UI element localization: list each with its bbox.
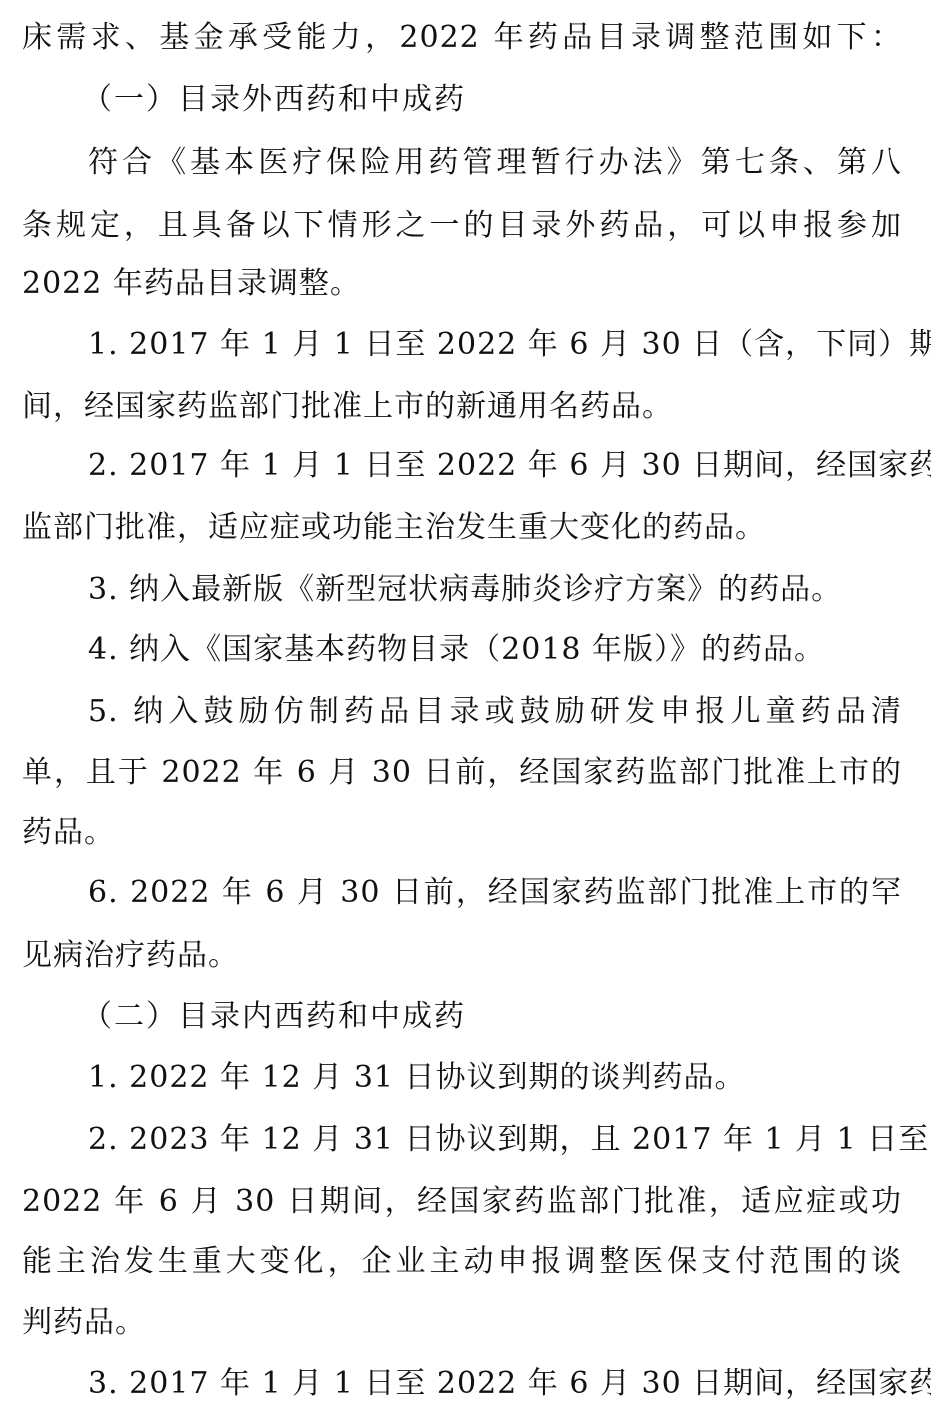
list-item-b2-cont2: 能主治发生重大变化，企业主动申报调整医保支付范围的谈	[22, 1242, 902, 1282]
list-item-a2: 2. 2017 年 1 月 1 日至 2022 年 6 月 30 日期间，经国家…	[88, 446, 902, 486]
list-item-a5-cont: 单，且于 2022 年 6 月 30 日前，经国家药监部门批准上市的	[22, 753, 902, 793]
document-page: 床需求、基金承受能力，2022 年药品目录调整范围如下： （一）目录外西药和中成…	[0, 0, 931, 1403]
list-item-b3: 3. 2017 年 1 月 1 日至 2022 年 6 月 30 日期间，经国家…	[88, 1364, 902, 1403]
list-item-a3: 3. 纳入最新版《新型冠状病毒肺炎诊疗方案》的药品。	[88, 570, 902, 610]
list-item-a2-cont: 监部门批准，适应症或功能主治发生重大变化的药品。	[22, 508, 902, 548]
body-line-4: 条规定，且具备以下情形之一的目录外药品，可以申报参加	[22, 206, 902, 246]
list-item-a1-cont: 间，经国家药监部门批准上市的新通用名药品。	[22, 387, 902, 427]
section-heading-1: （一）目录外西药和中成药	[82, 80, 466, 120]
body-line-3: 符合《基本医疗保险用药管理暂行办法》第七条、第八	[88, 143, 902, 183]
list-item-b2: 2. 2023 年 12 月 31 日协议到期，且 2017 年 1 月 1 日…	[88, 1120, 902, 1160]
list-item-a4: 4. 纳入《国家基本药物目录（2018 年版）》的药品。	[88, 630, 902, 670]
list-item-b2-cont: 2022 年 6 月 30 日期间，经国家药监部门批准，适应症或功	[22, 1182, 902, 1222]
list-item-b2-end: 判药品。	[22, 1303, 902, 1343]
list-item-a5: 5. 纳入鼓励仿制药品目录或鼓励研发申报儿童药品清	[88, 692, 902, 732]
list-item-b1: 1. 2022 年 12 月 31 日协议到期的谈判药品。	[88, 1058, 902, 1098]
section-heading-2: （二）目录内西药和中成药	[82, 997, 466, 1037]
list-item-a5-end: 药品。	[22, 813, 902, 853]
list-item-a6: 6. 2022 年 6 月 30 日前，经国家药监部门批准上市的罕	[88, 873, 902, 913]
body-line-5: 2022 年药品目录调整。	[22, 264, 902, 304]
list-item-a6-cont: 见病治疗药品。	[22, 936, 902, 976]
body-line-1: 床需求、基金承受能力，2022 年药品目录调整范围如下：	[22, 18, 902, 58]
list-item-a1: 1. 2017 年 1 月 1 日至 2022 年 6 月 30 日（含，下同）…	[88, 325, 902, 365]
